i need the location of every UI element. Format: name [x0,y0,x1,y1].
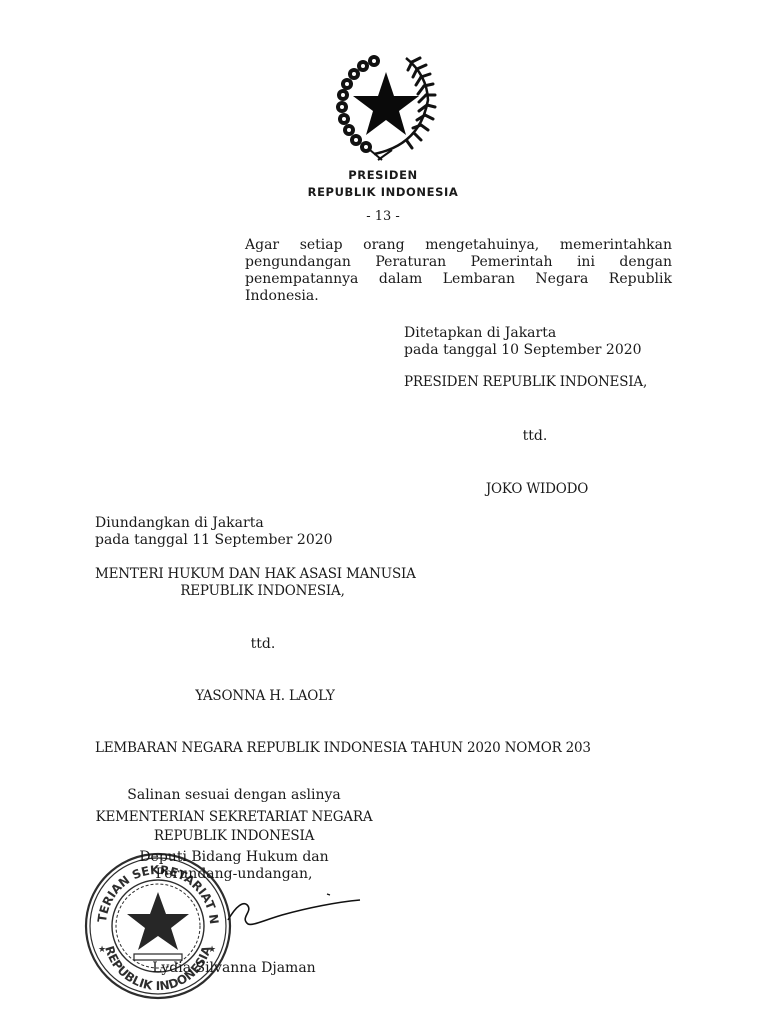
header-title-presiden: PRESIDEN [283,168,483,182]
enactment-date: pada tanggal 10 September 2020 [404,342,642,359]
promulgation-office-line-1: MENTERI HUKUM DAN HAK ASASI MANUSIA [95,566,416,582]
promulgation-date: pada tanggal 11 September 2020 [95,532,333,549]
body-paragraph-line-2: pengundangan Peraturan Pemerintah ini de… [245,254,672,271]
presidential-emblem-icon [330,50,442,162]
header-title-republik-indonesia: REPUBLIK INDONESIA [283,185,483,199]
body-paragraph-line-1: Agar setiap orang mengetahuinya, memerin… [245,237,672,254]
enactment-signed-mark: ttd. [500,428,570,445]
certification-copy-statement: Salinan sesuai dengan aslinya [88,787,380,804]
gazette-reference: LEMBARAN NEGARA REPUBLIK INDONESIA TAHUN… [95,740,591,756]
promulgation-signed-mark: ttd. [228,636,298,653]
svg-text:★: ★ [98,944,106,954]
enactment-place: Ditetapkan di Jakarta [404,325,556,342]
body-paragraph-line-3: penempatannya dalam Lembaran Negara Repu… [245,271,672,288]
handwritten-signature-icon [222,888,362,948]
body-paragraph-line-4: Indonesia. [245,288,319,305]
svg-text:★: ★ [208,944,216,954]
certification-ministry: KEMENTERIAN SEKRETARIAT NEGARA [88,809,380,825]
ministry-seal-stamp-icon: KEMENTERIAN SEKRETARIAT NEGARA REPUBLIK … [82,850,234,1002]
promulgation-place: Diundangkan di Jakarta [95,515,264,532]
enactment-signatory-name: JOKO WIDODO [462,481,612,497]
page-number: - 13 - [283,209,483,224]
enactment-office: PRESIDEN REPUBLIK INDONESIA, [404,374,647,390]
promulgation-signatory-name: YASONNA H. LAOLY [170,688,360,704]
certification-republic: REPUBLIK INDONESIA [88,828,380,844]
promulgation-office-line-2: REPUBLIK INDONESIA, [95,583,430,599]
